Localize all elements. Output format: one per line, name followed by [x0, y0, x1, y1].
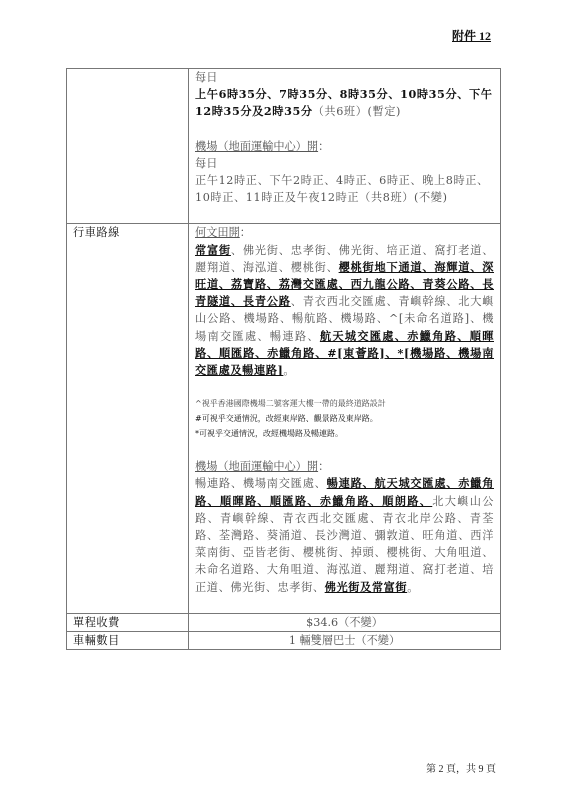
airport-departure-times: 正午12時正、下午2時正、4時正、6時正、晚上8時正、 10時正、11時正及午夜…: [195, 172, 494, 206]
airport-route-heading-text: 機場（地面運輸中心）開: [195, 460, 318, 473]
schedule-label-cell: [67, 69, 189, 224]
route-segment: 常富街: [195, 243, 231, 257]
fare-label: 單程收費: [67, 613, 189, 631]
heading-colon: ：: [318, 140, 329, 153]
daily-label: 每日: [195, 69, 494, 86]
vehicle-value: 1 輛雙層巴士（不變）: [189, 632, 501, 650]
footnote-hash: #可視乎交通情況，改經東岸路、觀景路及東岸路。: [195, 411, 494, 426]
ho-man-tin-route-text: 常富街、佛光街、忠孝街、佛光街、培正道、窩打老道、麗翔道、海泓道、櫻桃街、櫻桃街…: [195, 242, 494, 380]
departure-times-line2: 12時35分及2時35分: [195, 104, 313, 118]
airport-route-heading: 機場（地面運輸中心）開：: [195, 458, 494, 475]
airport-times-line1: 正午12時正、下午2時正、4時正、6時正、晚上8時正、: [195, 174, 489, 187]
airport-daily-label: 每日: [195, 155, 494, 172]
ho-man-tin-heading: 何文田開：: [195, 224, 494, 241]
route-row: 行車路線 何文田開： 常富街、佛光街、忠孝街、佛光街、培正道、窩打老道、麗翔道、…: [67, 224, 501, 613]
ho-man-tin-departure-times: 上午6時35分、7時35分、8時35分、10時35分、下午 12時35分及2時3…: [195, 86, 494, 120]
ho-man-tin-heading-text: 何文田開: [195, 226, 240, 239]
route-segment: 佛光街及常富街: [325, 580, 408, 594]
airport-route-text: 暢連路、機場南交匯處、暢連路、航天城交匯處、赤鱲角路、順暉路、順匯路、赤鱲角路、…: [195, 475, 494, 595]
route-segment: 。: [407, 581, 419, 594]
fare-value: $34.6（不變）: [189, 613, 501, 631]
page-indicator: 第 2 頁，共 9 頁: [426, 760, 496, 775]
airport-heading-text: 機場（地面運輸中心）開: [195, 140, 318, 153]
route-segment: 暢連路、機場南交匯處、: [195, 477, 327, 490]
heading-colon: ：: [240, 226, 251, 239]
vehicle-row: 車輛數目 1 輛雙層巴士（不變）: [67, 632, 501, 650]
departure-times-line1: 上午6時35分、7時35分、8時35分、10時35分、下午: [195, 87, 493, 101]
footnote-asterisk: *可視乎交通情況，改經機場路及暢連路。: [195, 426, 494, 441]
schedule-row: 每日 上午6時35分、7時35分、8時35分、10時35分、下午 12時35分及…: [67, 69, 501, 224]
footnote-caret: ^視乎香港國際機場二號客運大樓一帶的最終道路設計: [195, 396, 494, 411]
schedule-cell: 每日 上午6時35分、7時35分、8時35分、10時35分、下午 12時35分及…: [189, 69, 501, 224]
heading-colon: ：: [318, 460, 329, 473]
route-label: 行車路線: [67, 224, 189, 613]
fare-row: 單程收費 $34.6（不變）: [67, 613, 501, 631]
route-segment: 。: [283, 364, 295, 377]
vehicle-label: 車輛數目: [67, 632, 189, 650]
departure-times-suffix: （共6班）(暫定): [313, 105, 401, 118]
airport-times-line2: 10時正、11時正及午夜12時正（共8班）(不變): [195, 191, 448, 204]
route-details-table: 每日 上午6時35分、7時35分、8時35分、10時35分、下午 12時35分及…: [66, 68, 501, 650]
airport-departure-heading: 機場（地面運輸中心）開：: [195, 138, 494, 155]
annex-label: 附件 12: [452, 27, 491, 44]
route-cell: 何文田開： 常富街、佛光街、忠孝街、佛光街、培正道、窩打老道、麗翔道、海泓道、櫻…: [189, 224, 501, 613]
